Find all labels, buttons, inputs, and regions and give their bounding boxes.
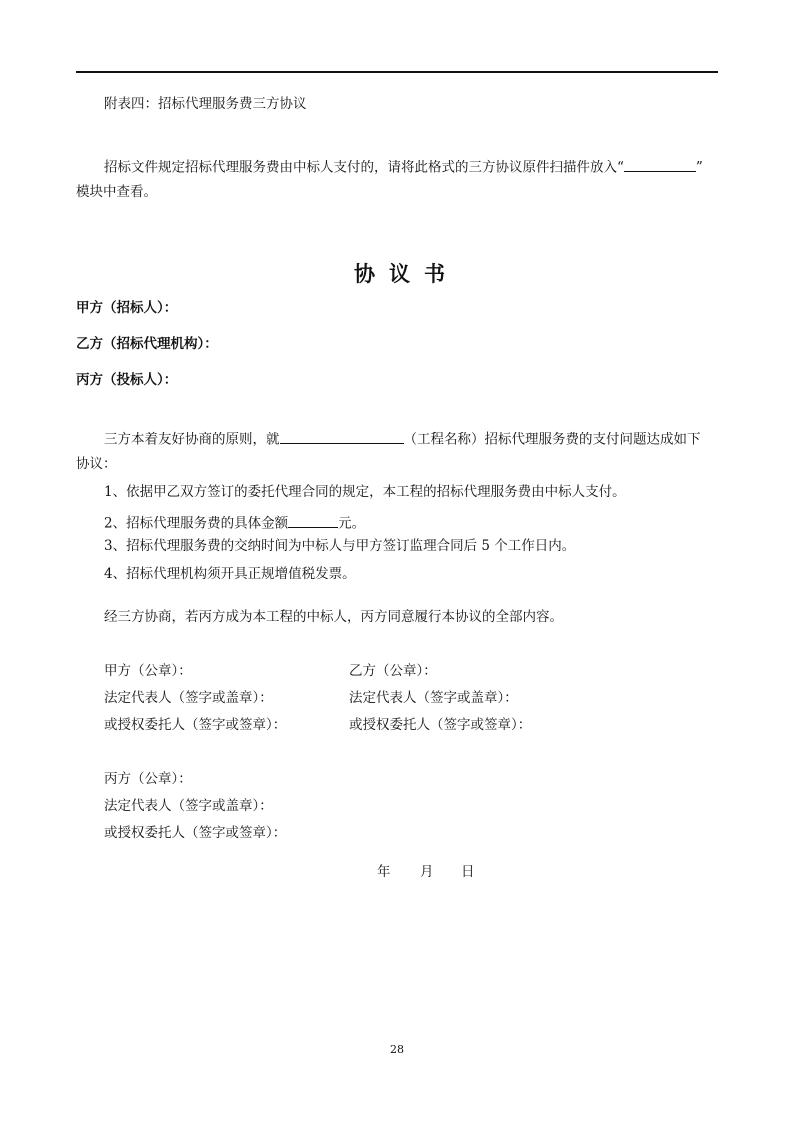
conclusion: 经三方协商，若丙方成为本工程的中标人，丙方同意履行本协议的全部内容。 <box>104 611 563 625</box>
party-a-seal: 甲方（公章）： <box>104 665 192 679</box>
intro-line-2: 模块中查看。 <box>76 186 157 200</box>
date-month: 月 <box>420 866 434 880</box>
date-year: 年 <box>377 866 391 880</box>
agreement-title: 协议书 <box>354 264 459 285</box>
module-name-blank[interactable] <box>624 157 696 172</box>
clause-3: 3、招标代理服务费的交纳时间为中标人与甲方签订监理合同后 5 个工作日内。 <box>104 540 575 554</box>
date-day: 日 <box>461 866 475 880</box>
preamble-line-2: 协议： <box>76 458 117 472</box>
party-c-legal-rep: 法定代表人（签字或盖章）： <box>104 800 273 814</box>
header-rule <box>76 71 718 73</box>
party-c-authorized: 或授权委托人（签字或签章）： <box>104 827 286 841</box>
preamble-text: 三方本着友好协商的原则，就 <box>104 432 280 448</box>
clause-2-suffix: 元。 <box>338 516 365 532</box>
party-c-seal: 丙方（公章）： <box>104 773 192 787</box>
intro-close-quote: ” <box>696 160 703 176</box>
appendix-title: 附表四：招标代理服务费三方协议 <box>104 98 307 112</box>
clause-2-text: 2、招标代理服务费的具体金额 <box>104 516 288 532</box>
preamble-line-1: 三方本着友好协商的原则，就（工程名称）招标代理服务费的支付问题达成如下 <box>104 429 701 447</box>
clause-2: 2、招标代理服务费的具体金额元。 <box>104 513 365 531</box>
party-c-label: 丙方（投标人）： <box>76 374 177 388</box>
page-number: 28 <box>390 1044 404 1055</box>
preamble-text-after: （工程名称）招标代理服务费的支付问题达成如下 <box>404 432 701 448</box>
clause-1: 1、依据甲乙双方签订的委托代理合同的规定，本工程的招标代理服务费由中标人支付。 <box>104 486 626 500</box>
intro-line-1: 招标文件规定招标代理服务费由中标人支付的，请将此格式的三方协议原件扫描件放入“” <box>104 157 703 175</box>
party-a-legal-rep: 法定代表人（签字或盖章）： <box>104 692 273 706</box>
intro-text: 招标文件规定招标代理服务费由中标人支付的，请将此格式的三方协议原件扫描件放入“ <box>104 160 624 176</box>
party-b-legal-rep: 法定代表人（签字或盖章）： <box>349 692 518 706</box>
party-a-authorized: 或授权委托人（签字或签章）： <box>104 719 286 733</box>
party-b-label: 乙方（招标代理机构）： <box>76 338 218 352</box>
clause-4: 4、招标代理机构须开具正规增值税发票。 <box>104 568 356 582</box>
party-a-label: 甲方（招标人）： <box>76 302 177 316</box>
party-b-authorized: 或授权委托人（签字或签章）： <box>349 719 531 733</box>
amount-blank[interactable] <box>288 513 338 528</box>
party-b-seal: 乙方（公章）： <box>349 665 437 679</box>
project-name-blank[interactable] <box>280 429 404 444</box>
